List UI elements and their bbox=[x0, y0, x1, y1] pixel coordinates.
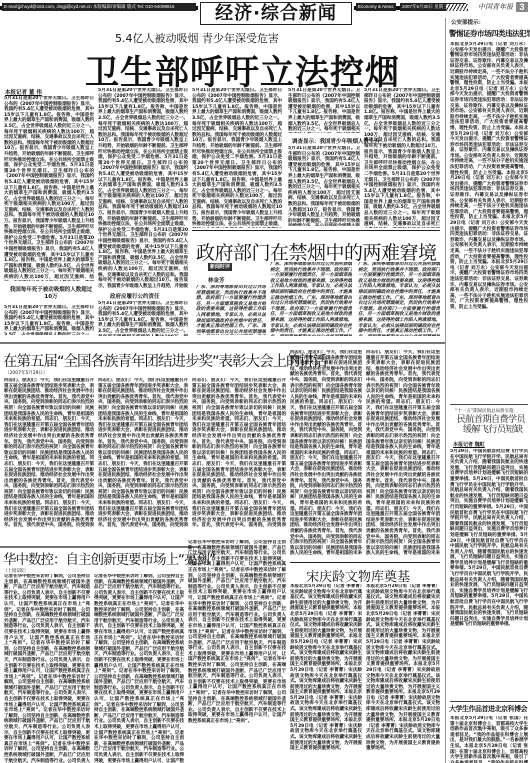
feature-body-intro: 广东、深圳等地都曾出台过公共场所禁烟规定，然而执行效果并不理想。政府部门一方面要… bbox=[196, 285, 266, 335]
sidebar-story-1-body: 本报北京5月29日电（记者 刘万永）公安部今天发出提示，提醒广大投资者警惕证券市… bbox=[450, 42, 528, 392]
speech-body-col-2: 同志们、朋友们：今天，我们在这里隆重召开第五届全国各族青年团结进步奖表彰大会，表… bbox=[98, 378, 188, 528]
newspaper-logo: 中国青年报 bbox=[478, 2, 513, 12]
tech-body-col-1: 记者在华中数控采访时了解到，公司坚持自主创新，在高端数控系统领域打破国外垄断，产… bbox=[4, 574, 90, 763]
speech-top-rule bbox=[0, 342, 445, 344]
contact-info: E-mail:jjzhoyd@163.com, Jingji@cyd.net.c… bbox=[2, 3, 196, 11]
section-title: 经济·综合新闻 bbox=[200, 2, 352, 25]
feature-tag: 新闻时评 bbox=[208, 263, 232, 271]
feature-headline: 政府部门在禁烟中的两难窘境 bbox=[196, 238, 437, 265]
lead-subhead: 我国每年死于被动吸烟的人数超过10万 bbox=[8, 287, 94, 301]
lead-body-col-4b: 5月31日是第20个世界无烟日。卫生部昨日公布的《2007年中国控制吸烟报告》显… bbox=[288, 146, 360, 226]
sidebar-story-2-body: 5月29日，中国民航首批自费飞行学员在中国民航飞行学院开学。民航总局有关负责人介… bbox=[450, 449, 528, 699]
sidebar-story-2-kicker: “十一五”期间民航总局将实施 bbox=[455, 408, 514, 414]
decorative-stripes bbox=[446, 4, 468, 11]
lead-kicker: 5.4亿人被动吸烟 青少年深受危害 bbox=[115, 30, 279, 46]
feature-top-rule bbox=[192, 230, 440, 231]
speech-body-col-3: 同志们、朋友们：今天，我们在这里隆重召开第五届全国各族青年团结进步奖表彰大会，表… bbox=[192, 378, 286, 528]
sidebar-story-1-kicker: 公安部提示： bbox=[451, 18, 484, 26]
speech-body-col-1: 同志们、朋友们：今天，我们在这里隆重召开第五届全国各族青年团结进步奖表彰大会，表… bbox=[4, 378, 94, 528]
feature-body-col-2: 广东、深圳等地都曾出台过公共场所禁烟规定，然而执行效果并不理想。政府部门一方面要… bbox=[358, 262, 440, 336]
section-english: Economy & News bbox=[356, 3, 396, 11]
lead-body-col-1: 5月31日是第20个世界无烟日。卫生部昨日公布的《2007年中国控制吸烟报告》显… bbox=[4, 96, 94, 281]
speech-headline: 在第五届“全国各族青年团结进步奖”表彰大会上的讲话 bbox=[3, 350, 327, 371]
tech-body-col-2: 记者在华中数控采访时了解到，公司坚持自主创新，在高端数控系统领域打破国外垄断，产… bbox=[94, 574, 184, 763]
sidebar-story-2-byline: 本报记者 魏虹 bbox=[453, 441, 485, 448]
sidebar-divider-2 bbox=[450, 701, 528, 702]
speech-body-col-5: 同志们、朋友们：今天，我们在这里隆重召开第五届全国各族青年团结进步奖表彰大会，表… bbox=[366, 350, 440, 555]
sidebar-story-3-headline: 大学生作品首进北京科博会 bbox=[449, 704, 527, 715]
lead-body-col-3: 5月31日是第20个世界无烟日。卫生部昨日公布的《2007年中国控制吸烟报告》显… bbox=[192, 88, 282, 228]
sidebar-story-1-headline: 警惕证券市场四类违法犯罪 bbox=[449, 28, 530, 39]
speech-date: （2007年5月29日） bbox=[5, 370, 48, 376]
lead-body-col-2b: 5月31日是第20个世界无烟日。卫生部昨日公布的《2007年中国控制吸烟报告》显… bbox=[98, 301, 188, 336]
feature-byline: 林金芳 bbox=[208, 276, 225, 284]
lead-body-col-5: 5月31日是第20个世界无烟日。卫生部昨日公布的《2007年中国控制吸烟报告》显… bbox=[364, 88, 440, 228]
speech-body-col-4: 同志们、朋友们：今天，我们在这里隆重召开第五届全国各族青年团结进步奖表彰大会，表… bbox=[290, 350, 362, 555]
sidebar-story-3-body: 本报北京5月29日电（记者 张国）在第十届北京科博会上，首都高校大学生创新作品首… bbox=[450, 716, 528, 763]
soong-body-col-1: 本报北京5月29日电（记者 李菁菁）宋庆龄故居文物库今天在北京举行奠基仪式。该文… bbox=[290, 584, 362, 763]
lead-subhead-3: 政府应履行公约责任 bbox=[110, 292, 160, 300]
column-divider-sidebar bbox=[445, 18, 446, 763]
soong-body-col-2: 本报北京5月29日电（记者 李菁菁）宋庆龄故居文物库今天在北京举行奠基仪式。该文… bbox=[366, 584, 440, 763]
sidebar-story-2-headline-2: 缓解飞行员短缺 bbox=[463, 425, 523, 436]
lead-byline: 本报记者 董 伟 bbox=[5, 88, 42, 96]
lead-body-col-1b: 5月31日是第20个世界无烟日。卫生部昨日公布的《2007年中国控制吸烟报告》显… bbox=[4, 305, 94, 335]
feature-body-col-1: 广东、深圳等地都曾出台过公共场所禁烟规定，然而执行效果并不理想。政府部门一方面要… bbox=[270, 262, 352, 336]
tech-body-col-3: 记者在华中数控采访时了解到，公司坚持自主创新，在高端数控系统领域打破国外垄断，产… bbox=[188, 540, 286, 763]
soong-top-rule bbox=[290, 562, 440, 563]
lead-headline: 卫生部呼吁立法控烟 bbox=[85, 45, 400, 94]
sidebar-divider-1 bbox=[450, 404, 528, 405]
lead-body-col-2: 5月31日是第20个世界无烟日。卫生部昨日公布的《2007年中国控制吸烟报告》显… bbox=[98, 88, 188, 288]
lead-body-col-4: 5月31日是第20个世界无烟日。卫生部昨日公布的《2007年中国控制吸烟报告》显… bbox=[288, 88, 360, 133]
soong-headline: 宋庆龄文物库奠基 bbox=[306, 566, 410, 585]
page-number: 3 bbox=[516, 2, 528, 12]
tech-headline: 华中数控：自主创新更要市场上“亮剑” bbox=[3, 548, 215, 568]
